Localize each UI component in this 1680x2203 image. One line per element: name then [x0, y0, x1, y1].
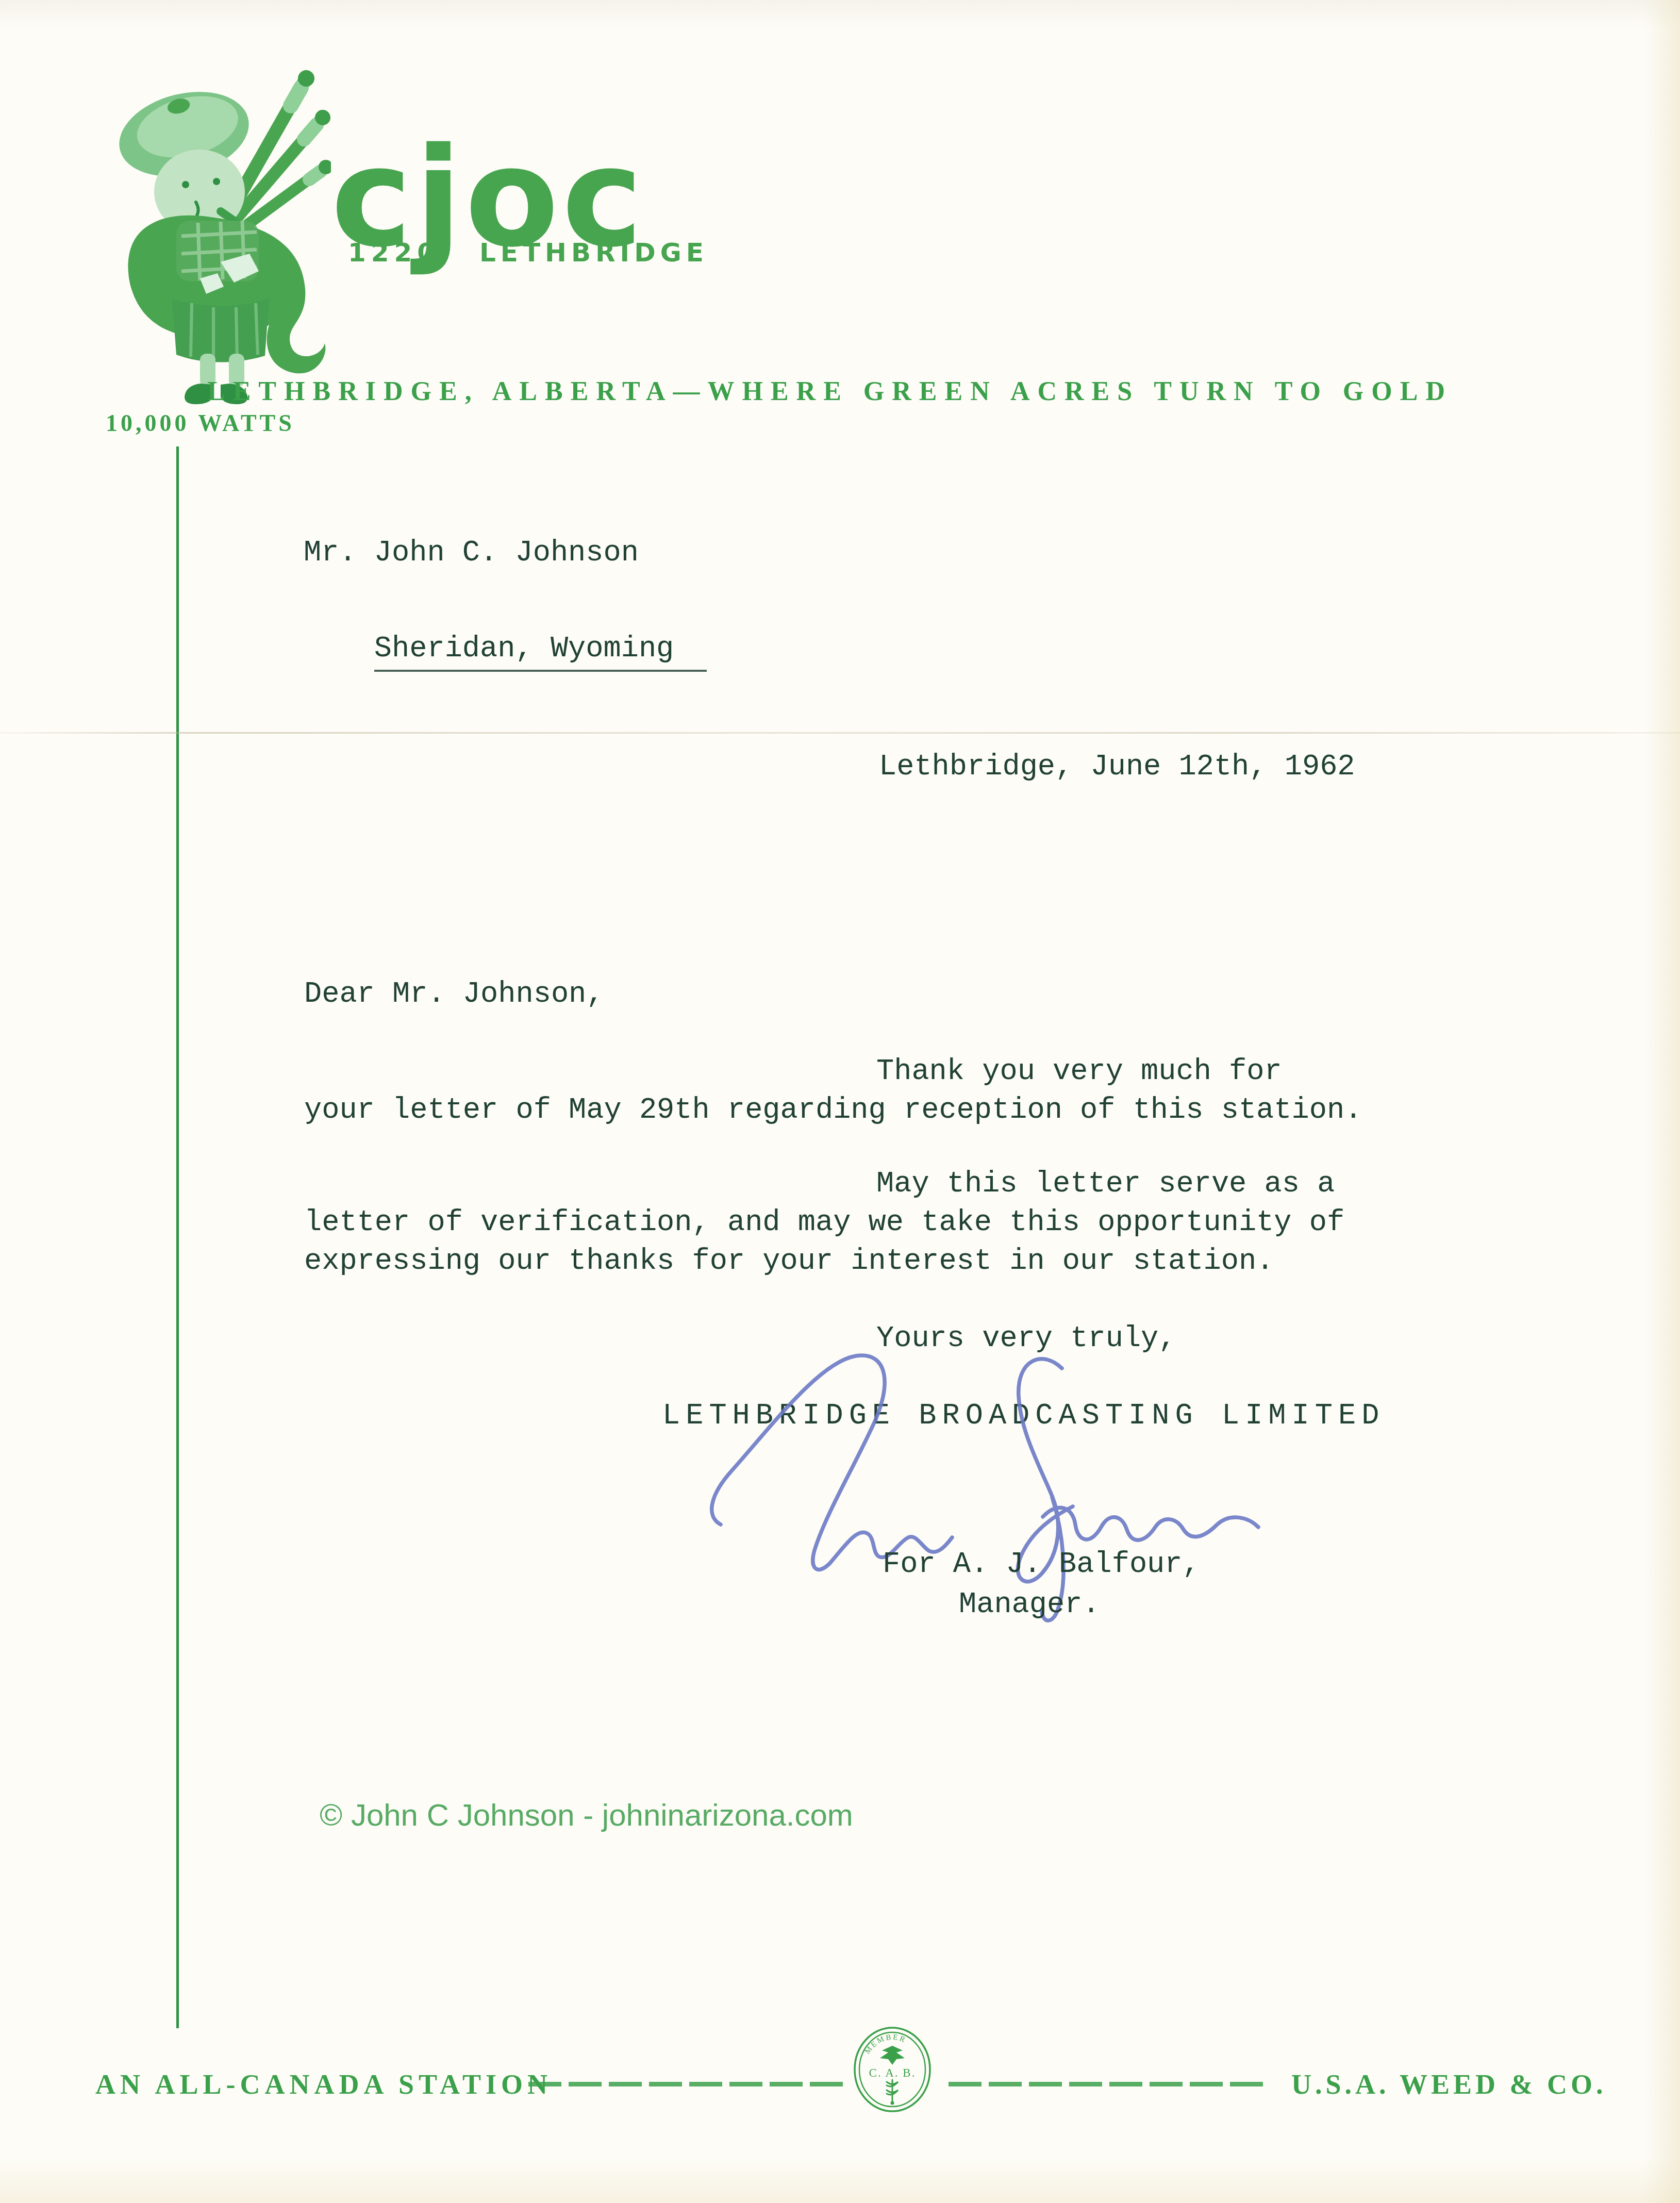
- seal-thunderbird-icon: [880, 2046, 905, 2065]
- footer-rule-left: [528, 2082, 845, 2086]
- footer-left-label: AN ALL-CANADA STATION: [95, 2069, 552, 2099]
- recipient-city: Sheridan, Wyoming: [374, 633, 707, 672]
- body-para2-line2: letter of verification, and may we take …: [304, 1206, 1344, 1240]
- bagpiper-icon: [99, 57, 331, 407]
- logo-city: LETHBRIDGE: [479, 240, 708, 266]
- salutation: Dear Mr. Johnson,: [304, 978, 604, 1012]
- cab-member-seal-icon: MEMBER C. A. B.: [851, 2025, 934, 2114]
- body-para2-line3: expressing our thanks for your interest …: [304, 1245, 1274, 1279]
- signature-scribble: [701, 1347, 1330, 1625]
- copyright-watermark: © John C Johnson - johninarizona.com: [320, 1798, 853, 1832]
- paper-crease-line: [0, 732, 1680, 734]
- recipient-name: Mr. John C. Johnson: [304, 536, 639, 570]
- logo-frequency: 1220: [348, 240, 440, 266]
- letterhead: cjoc 1220 LETHBRIDGE LETHBRIDGE, ALBERTA…: [0, 0, 1680, 464]
- power-rating: 10,000 WATTS: [106, 410, 295, 436]
- left-margin-rule: [176, 446, 179, 2028]
- body-para2-line1: May this letter serve as a: [876, 1167, 1335, 1201]
- scanned-letter-page: cjoc 1220 LETHBRIDGE LETHBRIDGE, ALBERTA…: [0, 0, 1680, 2203]
- dateline: Lethbridge, June 12th, 1962: [879, 750, 1355, 784]
- body-para1-line1: Thank you very much for: [876, 1055, 1282, 1089]
- tagline: LETHBRIDGE, ALBERTA—WHERE GREEN ACRES TU…: [207, 377, 1453, 406]
- footer-right-label: U.S.A. WEED & CO.: [1291, 2069, 1607, 2099]
- signed-for: For A. J. Balfour,: [883, 1548, 1200, 1582]
- signer-title: Manager.: [959, 1588, 1100, 1622]
- seal-cab-text: C. A. B.: [869, 2066, 916, 2079]
- body-para1-line2: your letter of May 29th regarding recept…: [304, 1094, 1362, 1128]
- footer-rule-right: [949, 2082, 1269, 2086]
